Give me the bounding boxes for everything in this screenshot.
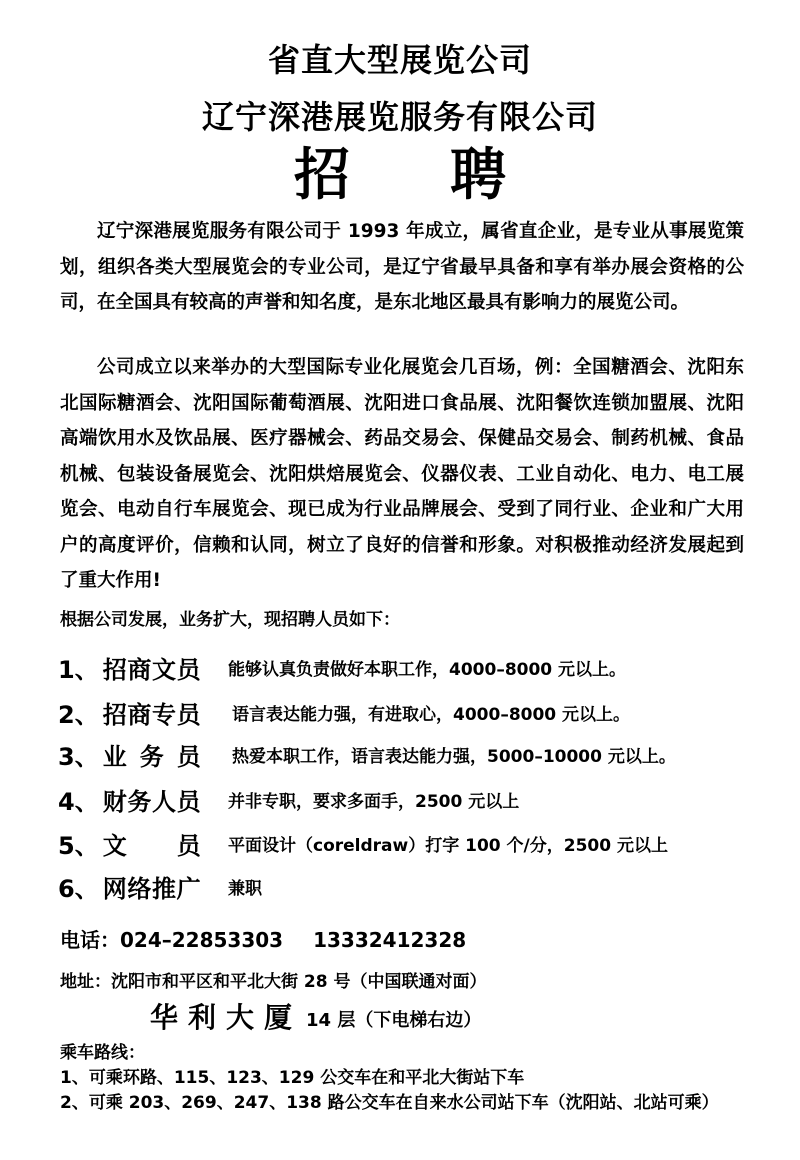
phone-number-mobile: 13332412328 <box>313 928 466 952</box>
job-number: 3、 <box>58 737 99 772</box>
job-description: 并非专职，要求多面手，2500 元以上 <box>228 787 519 812</box>
job-item: 1、 招 商 文 员 能够认真负责做好本职工作，4000–8000 元以上。 <box>58 647 626 687</box>
job-number: 1、 <box>58 650 99 685</box>
building-name: 华利大厦 <box>150 1000 302 1036</box>
phone-label: 电话： <box>60 928 120 952</box>
job-item: 3、 业 务 员 热爱本职工作，语言表达能力强，5000–10000 元以上。 <box>58 734 676 774</box>
job-number: 2、 <box>58 695 99 730</box>
job-item: 6、 网 络 推 广 兼职 <box>58 866 262 906</box>
route-item: 2、可乘 203、269、247、138 路公交车在自来水公司站下车（沈阳站、北… <box>60 1091 719 1115</box>
job-title: 4、 财 务 人 员 <box>58 782 228 817</box>
job-title: 6、 网 络 推 广 <box>58 869 228 904</box>
job-number: 6、 <box>58 869 99 904</box>
job-title: 5、 文 员 <box>58 826 228 861</box>
job-item: 2、 招 商 专 员 语言表达能力强，有进取心，4000–8000 元以上。 <box>58 692 630 732</box>
phone-contact: 电话：024–2285330313332412328 <box>60 924 466 953</box>
recruitment-poster: 省直大型展览公司 辽宁深港展览服务有限公司 招聘 辽宁深港展览服务有限公司于 1… <box>0 0 800 1160</box>
job-title: 3、 业 务 员 <box>58 737 228 772</box>
header-category: 省直大型展览公司 <box>0 38 800 82</box>
recruitment-char-2: 聘 <box>450 143 506 209</box>
building-info: 华利大厦 14 层（下电梯右边） <box>150 1000 481 1036</box>
route-item: 1、可乘环路、115、123、129 公交车在和平北大街站下车 <box>60 1066 524 1090</box>
address: 地址：沈阳市和平区和平北大街 28 号（中国联通对面） <box>60 967 487 992</box>
job-description: 能够认真负责做好本职工作，4000–8000 元以上。 <box>228 655 626 680</box>
job-number: 5、 <box>58 826 99 861</box>
building-floor: 14 层（下电梯右边） <box>306 1006 481 1036</box>
phone-number-landline: 024–22853303 <box>120 928 283 952</box>
job-number: 4、 <box>58 782 99 817</box>
company-name: 辽宁深港展览服务有限公司 <box>0 95 800 139</box>
exhibition-history-paragraph: 公司成立以来举办的大型国际专业化展览会几百场，例：全国糖酒会、沈阳东北国际糖酒会… <box>60 350 744 599</box>
job-description: 热爱本职工作，语言表达能力强，5000–10000 元以上。 <box>232 742 676 767</box>
job-description: 兼职 <box>228 874 262 899</box>
recruitment-heading: 招聘 <box>0 143 800 209</box>
job-description: 语言表达能力强，有进取心，4000–8000 元以上。 <box>232 700 630 725</box>
job-title: 1、 招 商 文 员 <box>58 650 228 685</box>
job-title: 2、 招 商 专 员 <box>58 695 228 730</box>
job-description: 平面设计（coreldraw）打字 100 个/分，2500 元以上 <box>228 831 668 856</box>
company-intro-paragraph: 辽宁深港展览服务有限公司于 1993 年成立，属省直企业，是专业从事展览策划，组… <box>60 214 744 321</box>
job-item: 4、 财 务 人 员 并非专职，要求多面手，2500 元以上 <box>58 779 519 819</box>
hiring-intro: 根据公司发展，业务扩大，现招聘人员如下： <box>60 606 400 634</box>
routes-label: 乘车路线： <box>60 1041 145 1065</box>
recruitment-char-1: 招 <box>294 143 350 209</box>
job-item: 5、 文 员 平面设计（coreldraw）打字 100 个/分，2500 元以… <box>58 823 668 863</box>
